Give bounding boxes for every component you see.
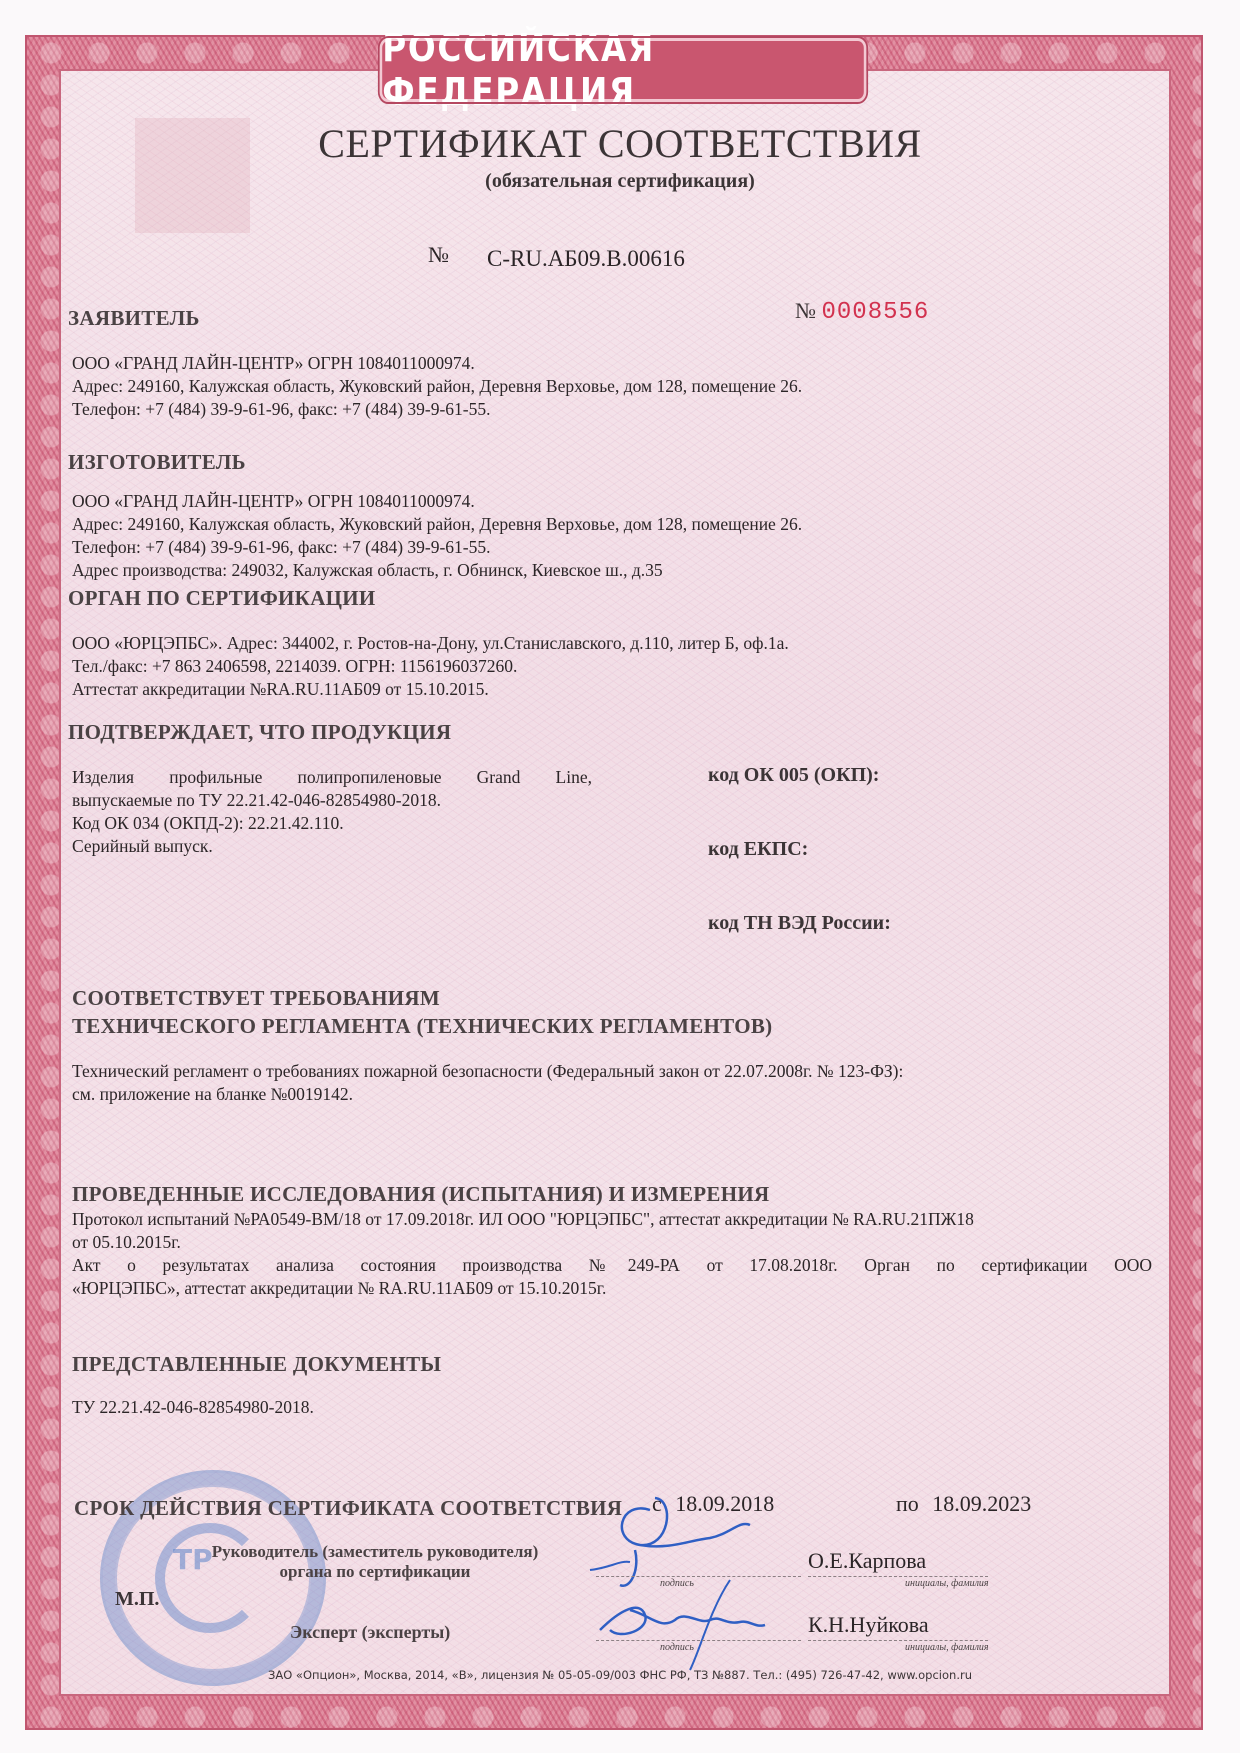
tests-line: Акт о результатах анализа состояния прои…: [72, 1254, 1152, 1277]
head-signature-caption: подпись: [660, 1578, 694, 1589]
head-name: О.Е.Карпова: [808, 1548, 926, 1574]
expert-name-caption: инициалы, фамилия: [905, 1642, 989, 1653]
conformity-details: Технический регламент о требованиях пожа…: [72, 1060, 903, 1106]
product-details: Изделия профильные полипропиленовые Gran…: [72, 766, 592, 858]
manufacturer-line: ООО «ГРАНД ЛАЙН-ЦЕНТР» ОГРН 108401100097…: [72, 490, 802, 513]
blank-number-label: №: [795, 298, 816, 323]
product-line: Изделия профильные полипропиленовые Gran…: [72, 766, 592, 789]
applicant-heading: ЗАЯВИТЕЛЬ: [68, 306, 200, 331]
conformity-line: см. приложение на бланке №0019142.: [72, 1083, 903, 1106]
expert-signature-caption: подпись: [660, 1642, 694, 1653]
head-name-line: [808, 1576, 988, 1577]
expert-name-line: [808, 1640, 988, 1641]
tests-line: «ЮРЦЭПБС», аттестат аккредитации № RA.RU…: [72, 1277, 1152, 1300]
applicant-line: Телефон: +7 (484) 39-9-61-96, факс: +7 (…: [72, 398, 802, 421]
validity-to-label: по: [896, 1491, 919, 1516]
code-ekps-label: код ЕКПС:: [708, 838, 808, 861]
applicant-line: Адрес: 249160, Калужская область, Жуковс…: [72, 375, 802, 398]
documents-details: ТУ 22.21.42-046-82854980-2018.: [72, 1396, 314, 1419]
manufacturer-line: Телефон: +7 (484) 39-9-61-96, факс: +7 (…: [72, 536, 802, 559]
expert-name: К.Н.Нуйкова: [808, 1612, 929, 1638]
validity-heading: СРОК ДЕЙСТВИЯ СЕРТИФИКАТА СООТВЕТСТВИЯ: [74, 1496, 622, 1521]
code-tnved-label: код ТН ВЭД России:: [708, 912, 891, 935]
certification-body-heading: ОРГАН ПО СЕРТИФИКАЦИИ: [68, 586, 376, 611]
head-name-caption: инициалы, фамилия: [905, 1578, 989, 1589]
certification-body-line: ООО «ЮРЦЭПБС». Адрес: 344002, г. Ростов-…: [72, 632, 789, 655]
certificate-subtitle: (обязательная сертификация): [0, 170, 1240, 193]
conformity-heading-line2: ТЕХНИЧЕСКОГО РЕГЛАМЕНТА (ТЕХНИЧЕСКИХ РЕГ…: [72, 1014, 772, 1039]
head-of-body-label-line1: Руководитель (заместитель руководителя): [195, 1542, 555, 1562]
certification-body-line: Аттестат аккредитации №RA.RU.11АБ09 от 1…: [72, 678, 789, 701]
head-signature-line: [596, 1576, 801, 1577]
certification-body-line: Тел./факс: +7 863 2406598, 2214039. ОГРН…: [72, 655, 789, 678]
product-heading: ПОДТВЕРЖДАЕТ, ЧТО ПРОДУКЦИЯ: [68, 720, 451, 745]
blank-number: № 0008556: [795, 298, 929, 326]
blank-number-value: 0008556: [822, 299, 930, 326]
manufacturer-details: ООО «ГРАНД ЛАЙН-ЦЕНТР» ОГРН 108401100097…: [72, 490, 802, 582]
head-of-body-label-line2: органа по сертификации: [195, 1562, 555, 1582]
certificate-paper: [59, 69, 1171, 1696]
banner-russian-federation: РОССИЙСКАЯ ФЕДЕРАЦИЯ: [380, 38, 867, 102]
certificate-number-label: №: [428, 242, 449, 268]
conformity-heading-line1: СООТВЕТСТВУЕТ ТРЕБОВАНИЯМ: [72, 986, 440, 1011]
documents-line: ТУ 22.21.42-046-82854980-2018.: [72, 1396, 314, 1419]
certification-body-details: ООО «ЮРЦЭПБС». Адрес: 344002, г. Ростов-…: [72, 632, 789, 701]
tests-line: Протокол испытаний №РА0549-ВМ/18 от 17.0…: [72, 1208, 1152, 1231]
validity-to-date: 18.09.2023: [932, 1491, 1031, 1516]
manufacturer-heading: ИЗГОТОВИТЕЛЬ: [68, 450, 246, 475]
seal-label: М.П.: [115, 1588, 159, 1611]
product-line: выпускаемые по ТУ 22.21.42-046-82854980-…: [72, 789, 592, 812]
applicant-details: ООО «ГРАНД ЛАЙН-ЦЕНТР» ОГРН 108401100097…: [72, 352, 802, 421]
product-line: Код ОК 034 (ОКПД-2): 22.21.42.110.: [72, 812, 592, 835]
documents-heading: ПРЕДСТАВЛЕННЫЕ ДОКУМЕНТЫ: [72, 1352, 441, 1377]
expert-label: Эксперт (эксперты): [290, 1622, 450, 1643]
printer-footer: ЗАО «Опцион», Москва, 2014, «В», лицензи…: [0, 1668, 1240, 1682]
certificate-number: С-RU.АБ09.В.00616: [487, 246, 685, 272]
validity-to: по 18.09.2023: [896, 1492, 1031, 1515]
head-of-body-label: Руководитель (заместитель руководителя) …: [195, 1542, 555, 1582]
manufacturer-line: Адрес: 249160, Калужская область, Жуковс…: [72, 513, 802, 536]
manufacturer-line: Адрес производства: 249032, Калужская об…: [72, 559, 802, 582]
tests-heading: ПРОВЕДЕННЫЕ ИССЛЕДОВАНИЯ (ИСПЫТАНИЯ) И И…: [72, 1182, 769, 1207]
certificate-title: СЕРТИФИКАТ СООТВЕТСТВИЯ: [0, 120, 1240, 167]
code-okp-label: код ОК 005 (ОКП):: [708, 764, 879, 787]
tests-details: Протокол испытаний №РА0549-ВМ/18 от 17.0…: [72, 1208, 1152, 1300]
conformity-line: Технический регламент о требованиях пожа…: [72, 1060, 903, 1083]
product-line: Серийный выпуск.: [72, 835, 592, 858]
expert-signature-line: [596, 1640, 801, 1641]
applicant-line: ООО «ГРАНД ЛАЙН-ЦЕНТР» ОГРН 108401100097…: [72, 352, 802, 375]
tests-line: от 05.10.2015г.: [72, 1231, 1152, 1254]
